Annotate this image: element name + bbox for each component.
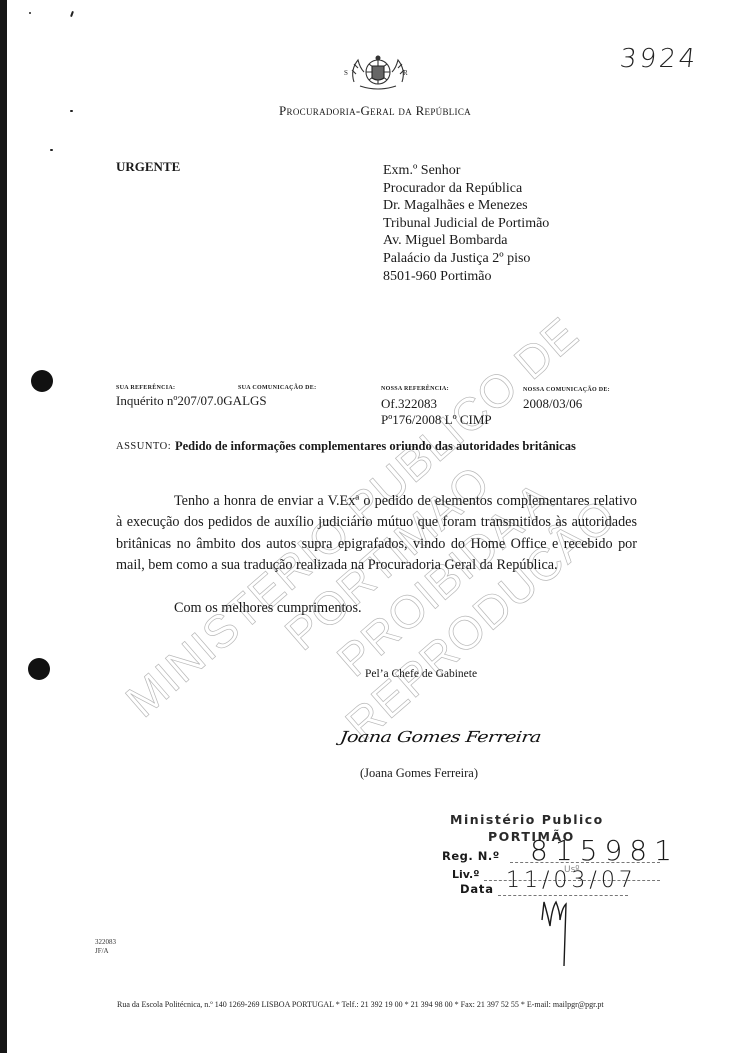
urgent-label: URGENTE — [116, 159, 180, 175]
stamp-date-line — [498, 895, 628, 896]
internal-code: 322083 JF/A — [95, 938, 116, 956]
subject-text: Pedido de informações complementares ori… — [175, 439, 576, 454]
scan-edge — [0, 0, 7, 1053]
nossa-referencia-value: Of.322083 — [381, 396, 437, 412]
letter-body: Tenho a honra de enviar a V.Exª o pedido… — [116, 491, 637, 577]
nossa-comunicacao-label: Nossa Comunicação de: — [523, 387, 610, 393]
coat-of-arms-icon — [346, 52, 410, 92]
internal-code-line: JF/A — [95, 947, 116, 956]
signer-name: (Joana Gomes Ferreira) — [360, 766, 478, 781]
on-behalf-of: Pel’a Chefe de Gabinete — [365, 668, 477, 680]
stamp-title: Ministério Publico — [450, 812, 604, 827]
stamp-reg-number: 815981 — [530, 834, 679, 867]
handwritten-signature: Joana Gomes Ferreira — [339, 728, 542, 746]
scan-speck — [29, 12, 31, 14]
subject-label: ASSUNTO: — [116, 441, 171, 452]
nossa-referencia-label: Nossa Referência: — [381, 386, 449, 392]
sua-referencia-value: Inquérito nº207/07.0GALGS — [116, 393, 267, 409]
scan-speck — [70, 11, 74, 17]
punch-hole — [31, 370, 53, 392]
recipient-address: Exm.º Senhor Procurador da República Dr.… — [383, 162, 549, 285]
body-paragraph: Tenho a honra de enviar a V.Exª o pedido… — [116, 491, 637, 577]
recipient-line: Procurador da República — [383, 180, 549, 198]
recipient-line: Av. Miguel Bombarda — [383, 232, 549, 250]
punch-hole — [28, 658, 50, 680]
handwritten-page-number: 3924 — [618, 44, 699, 74]
nossa-referencia-process: Pº176/2008 Lº CIMP — [381, 412, 492, 428]
recipient-line: Palaácio da Justiça 2º piso — [383, 250, 549, 268]
registry-stamp: Ministério Publico PORTIMÃO Reg. N.º 815… — [428, 808, 668, 968]
stamp-liv-label: Liv.º — [452, 868, 479, 881]
stamp-date-value: 11/03/07 — [506, 868, 637, 893]
crest-letter-s: S — [344, 69, 348, 77]
recipient-line: Dr. Magalhães e Menezes — [383, 197, 549, 215]
scan-speck — [50, 149, 53, 151]
sua-referencia-label: Sua Referência: — [116, 385, 175, 391]
sua-comunicacao-label: Sua Comunicação de: — [238, 385, 316, 391]
stamp-date-label: Data — [460, 882, 494, 896]
crest-letter-r: R — [403, 69, 408, 77]
recipient-line: 8501-960 Portimão — [383, 268, 549, 286]
nossa-comunicacao-value: 2008/03/06 — [523, 396, 582, 412]
stamp-reg-label: Reg. N.º — [442, 849, 500, 863]
closing-salutation: Com os melhores cumprimentos. — [174, 600, 362, 617]
recipient-line: Exm.º Senhor — [383, 162, 549, 180]
stamp-initials-mark — [536, 898, 576, 968]
recipient-line: Tribunal Judicial de Portimão — [383, 215, 549, 233]
internal-code-line: 322083 — [95, 938, 116, 947]
footer-contact: Rua da Escola Politécnica, n.º 140 1269-… — [117, 1000, 604, 1009]
organization-title: Procuradoria-Geral da República — [0, 103, 750, 119]
